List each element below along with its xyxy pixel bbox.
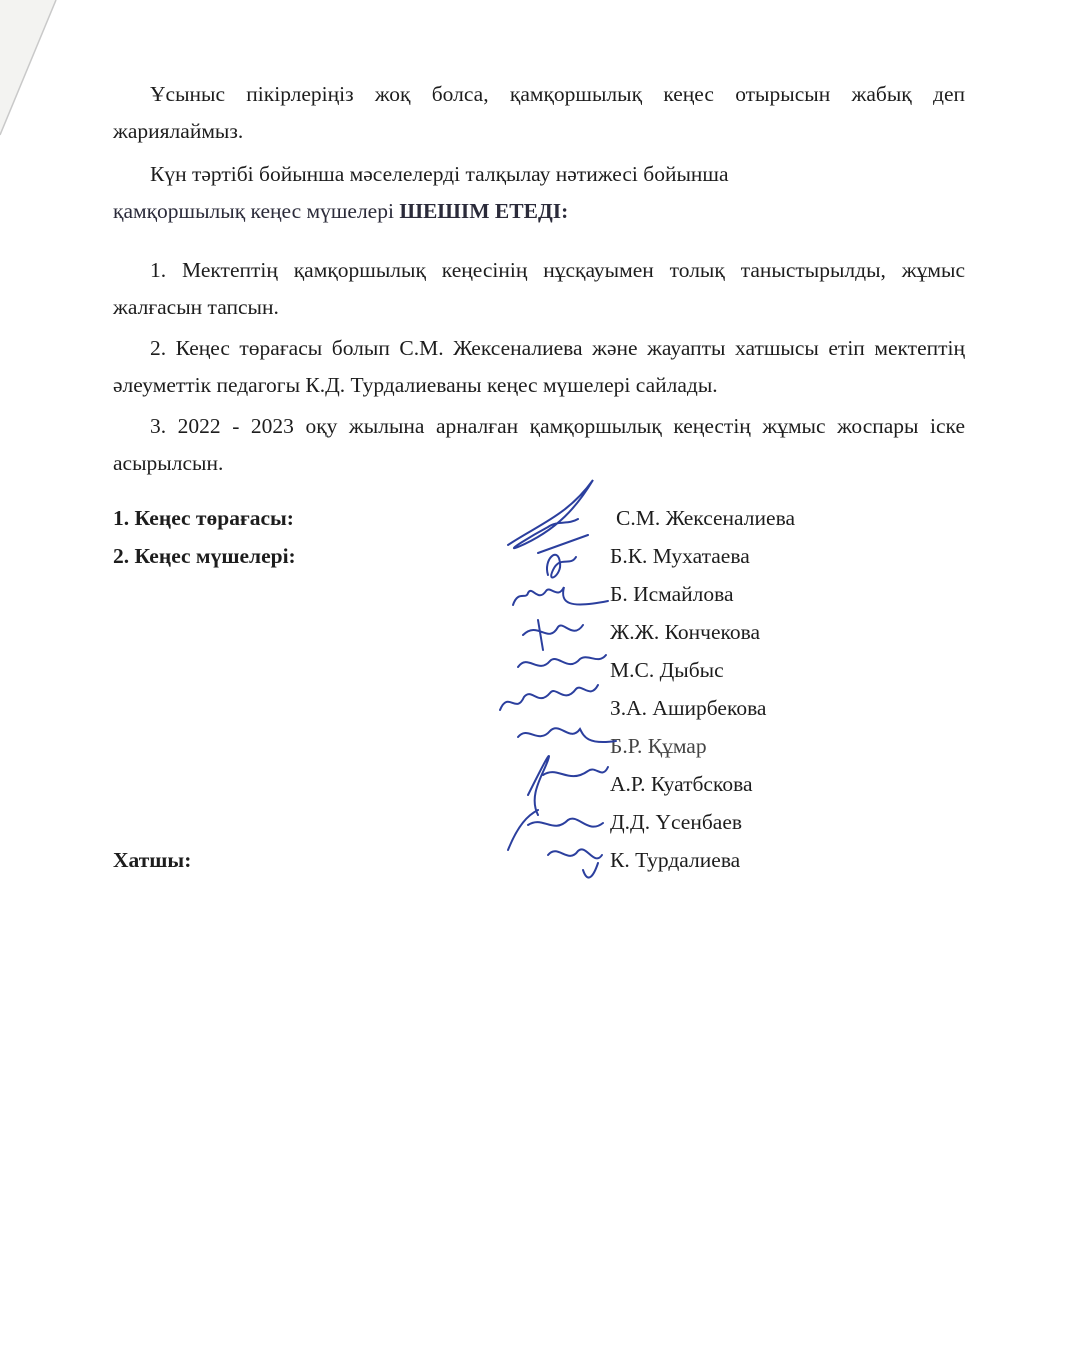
- decision-intro-line1: Күн тәртібі бойынша мәселелерді талқылау…: [150, 162, 729, 186]
- signatory-name: М.С. Дыбыс: [610, 658, 724, 683]
- decision-item: 3. 2022 - 2023 оқу жылына арналған қамқо…: [113, 408, 965, 482]
- signatory-name: Ж.Ж. Кончекова: [610, 620, 760, 645]
- signatory-name: Б. Исмайлова: [610, 582, 734, 607]
- decision-list: 1. Мектептің қамқоршылық кеңесінің нұсқа…: [113, 252, 965, 482]
- decision-item: 1. Мектептің қамқоршылық кеңесінің нұсқа…: [113, 252, 965, 326]
- role-members: 2. Кеңес мүшелері:: [113, 544, 296, 569]
- decision-intro-line2: қамқоршылық кеңес мүшелері: [113, 199, 394, 223]
- paper-fold-edge: [0, 0, 60, 140]
- signatory-name: З.А. Аширбекова: [610, 696, 766, 721]
- signatory-name: Б.Р. Құмар: [610, 734, 707, 759]
- document-body: Ұсыныс пікірлеріңіз жоқ болса, қамқоршыл…: [113, 76, 965, 482]
- decision-intro-line2-wrap: қамқоршылық кеңес мүшелері ШЕШІМ ЕТЕДІ:: [113, 193, 965, 230]
- signatory-name: С.М. Жексеналиева: [616, 506, 795, 531]
- signatory-name: Б.К. Мухатаева: [610, 544, 750, 569]
- signatory-name: Д.Д. Үсенбаев: [610, 810, 742, 835]
- decision-intro: Күн тәртібі бойынша мәселелерді талқылау…: [113, 156, 965, 230]
- closing-paragraph: Ұсыныс пікірлеріңіз жоқ болса, қамқоршыл…: [113, 76, 965, 150]
- role-secretary: Хатшы:: [113, 848, 191, 873]
- signatory-name: К. Турдалиева: [610, 848, 740, 873]
- role-chair: 1. Кеңес төрағасы:: [113, 506, 294, 531]
- decision-keyword: ШЕШІМ ЕТЕДІ:: [399, 199, 568, 223]
- decision-item: 2. Кеңес төрағасы болып С.М. Жексеналиев…: [113, 330, 965, 404]
- signatory-name: А.Р. Куатбскова: [610, 772, 753, 797]
- handwritten-signatures-icon: [498, 475, 618, 895]
